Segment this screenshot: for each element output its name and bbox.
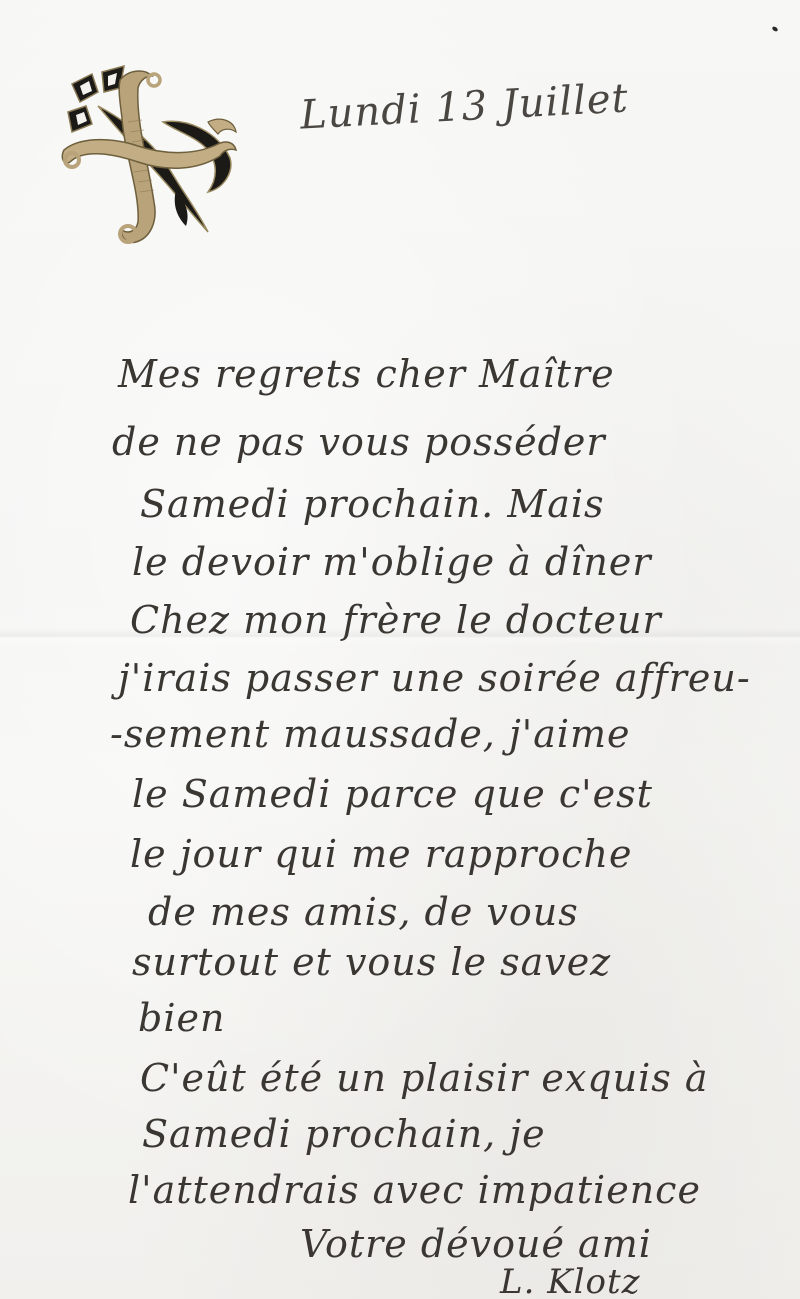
letter-line: le Samedi parce que c'est <box>132 772 653 816</box>
ornate-monogram-icon <box>58 62 243 250</box>
letter-line: j'irais passer une soirée affreu- <box>118 656 751 700</box>
letter-date: Lundi 13 Juillet <box>299 75 630 138</box>
letter-line: de mes amis, de vous <box>148 890 579 934</box>
letter-line: Chez mon frère le docteur <box>130 598 662 642</box>
letter-line: Samedi prochain, je <box>142 1112 546 1156</box>
letter-line: l'attendrais avec impatience <box>128 1168 701 1212</box>
letter-signature: L. Klotz <box>500 1262 641 1299</box>
letter-line: Samedi prochain. Mais <box>140 482 605 526</box>
letter-line: de ne pas vous posséder <box>112 420 606 464</box>
letter-line: -sement maussade, j'aime <box>110 712 631 756</box>
letter-line: C'eût été un plaisir exquis à <box>140 1056 708 1100</box>
letter-sheet: Lundi 13 Juillet Mes regrets cher Maître… <box>0 0 800 1299</box>
letter-line: surtout et vous le savez <box>132 940 611 984</box>
letter-line: Mes regrets cher Maître <box>118 352 615 396</box>
letter-closing: Votre dévoué ami <box>300 1222 652 1266</box>
ink-speck <box>771 26 778 33</box>
letter-line: bien <box>138 996 225 1040</box>
letter-line: le jour qui me rapproche <box>130 832 633 876</box>
letter-line: le devoir m'oblige à dîner <box>132 540 652 584</box>
